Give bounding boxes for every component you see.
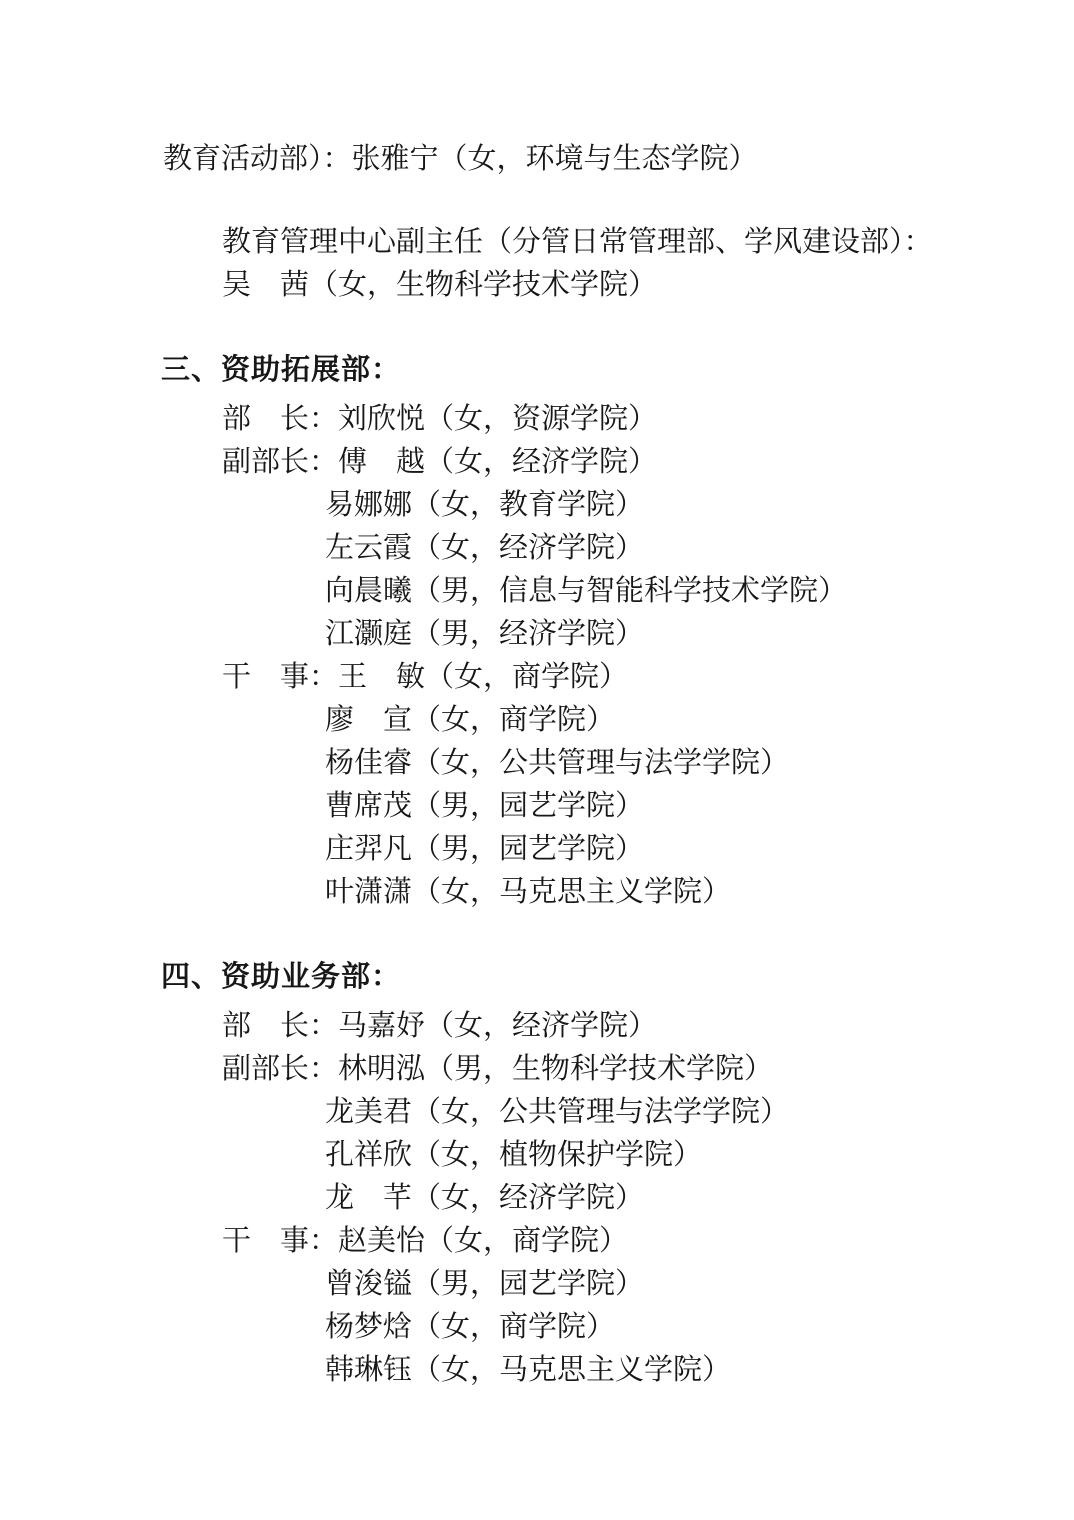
- member-entry: 庄羿凡（男，园艺学院）: [325, 828, 644, 871]
- role-label: [222, 1349, 325, 1392]
- member-row: 杨佳睿（女，公共管理与法学学院）: [0, 742, 1074, 785]
- member-entry: 向晨曦（男，信息与智能科学技术学院）: [325, 570, 847, 613]
- member-entry: 曹席茂（男，园艺学院）: [325, 785, 644, 828]
- member-row: 曾浚镒（男，园艺学院）: [0, 1263, 1074, 1306]
- role-label: 干 事：: [222, 656, 338, 699]
- member-entry: 左云霞（女，经济学院）: [325, 527, 644, 570]
- member-entry: 廖 宣（女，商学院）: [325, 699, 615, 742]
- continuation-line: 教育活动部）：张雅宁（女，环境与生态学院）: [0, 138, 1074, 181]
- member-row: 杨梦焓（女，商学院）: [0, 1306, 1074, 1349]
- member-row: 庄羿凡（男，园艺学院）: [0, 828, 1074, 871]
- member-entry: 杨佳睿（女，公共管理与法学学院）: [325, 742, 789, 785]
- member-entry: 叶潇潇（女，马克思主义学院）: [325, 871, 731, 914]
- member-entry: 龙 芊（女，经济学院）: [325, 1177, 644, 1220]
- member-row: 叶潇潇（女，马克思主义学院）: [0, 871, 1074, 914]
- member-entry: 曾浚镒（男，园艺学院）: [325, 1263, 644, 1306]
- member-entry: 傅 越（女，经济学院）: [338, 441, 657, 484]
- role-label: [222, 570, 325, 613]
- role-label: [222, 1134, 325, 1177]
- role-label: [222, 828, 325, 871]
- member-row: 部 长： 刘欣悦（女，资源学院）: [0, 398, 1074, 441]
- member-entry: 林明泓（男，生物科学技术学院）: [338, 1048, 773, 1091]
- member-row: 副部长： 傅 越（女，经济学院）: [0, 441, 1074, 484]
- role-label: [222, 1091, 325, 1134]
- section-heading: 三、资助拓展部：: [0, 349, 1074, 392]
- member-row: 向晨曦（男，信息与智能科学技术学院）: [0, 570, 1074, 613]
- role-label: 干 事：: [222, 1220, 338, 1263]
- role-label: 副部长：: [222, 441, 338, 484]
- section-heading: 四、资助业务部：: [0, 956, 1074, 999]
- role-label: 副部长：: [222, 1048, 338, 1091]
- member-list: 部 长： 刘欣悦（女，资源学院） 副部长： 傅 越（女，经济学院） 易娜娜（女，…: [0, 398, 1074, 914]
- member-entry: 江灏庭（男，经济学院）: [325, 613, 644, 656]
- member-row: 韩琳钰（女，马克思主义学院）: [0, 1349, 1074, 1392]
- role-label: [222, 527, 325, 570]
- member-row: 廖 宣（女，商学院）: [0, 699, 1074, 742]
- member-row: 干 事： 赵美怡（女，商学院）: [0, 1220, 1074, 1263]
- role-label: [222, 785, 325, 828]
- role-label: [222, 742, 325, 785]
- member-entry: 刘欣悦（女，资源学院）: [338, 398, 657, 441]
- role-label: [222, 1177, 325, 1220]
- member-entry: 马嘉妤（女，经济学院）: [338, 1005, 657, 1048]
- deputy-director-title-line: 教育管理中心副主任（分管日常管理部、学风建设部）：: [0, 221, 1074, 264]
- member-row: 孔祥欣（女，植物保护学院）: [0, 1134, 1074, 1177]
- deputy-director-paragraph: 教育管理中心副主任（分管日常管理部、学风建设部）： 吴 茜（女，生物科学技术学院…: [0, 221, 1074, 307]
- member-row: 易娜娜（女，教育学院）: [0, 484, 1074, 527]
- member-row: 龙美君（女，公共管理与法学学院）: [0, 1091, 1074, 1134]
- role-label: 部 长：: [222, 398, 338, 441]
- role-label: 部 长：: [222, 1005, 338, 1048]
- member-entry: 王 敏（女，商学院）: [338, 656, 628, 699]
- member-row: 副部长： 林明泓（男，生物科学技术学院）: [0, 1048, 1074, 1091]
- member-row: 江灏庭（男，经济学院）: [0, 613, 1074, 656]
- member-entry: 韩琳钰（女，马克思主义学院）: [325, 1349, 731, 1392]
- role-label: [222, 699, 325, 742]
- role-label: [222, 484, 325, 527]
- document-page: 教育活动部）：张雅宁（女，环境与生态学院） 教育管理中心副主任（分管日常管理部、…: [0, 0, 1074, 1520]
- role-label: [222, 1306, 325, 1349]
- section-funding-operations-dept: 四、资助业务部： 部 长： 马嘉妤（女，经济学院） 副部长： 林明泓（男，生物科…: [0, 956, 1074, 1392]
- role-label: [222, 1263, 325, 1306]
- member-row: 龙 芊（女，经济学院）: [0, 1177, 1074, 1220]
- member-row: 左云霞（女，经济学院）: [0, 527, 1074, 570]
- member-entry: 杨梦焓（女，商学院）: [325, 1306, 615, 1349]
- member-entry: 龙美君（女，公共管理与法学学院）: [325, 1091, 789, 1134]
- member-row: 曹席茂（男，园艺学院）: [0, 785, 1074, 828]
- member-entry: 赵美怡（女，商学院）: [338, 1220, 628, 1263]
- member-entry: 孔祥欣（女，植物保护学院）: [325, 1134, 702, 1177]
- role-label: [222, 871, 325, 914]
- member-row: 部 长： 马嘉妤（女，经济学院）: [0, 1005, 1074, 1048]
- member-list: 部 长： 马嘉妤（女，经济学院） 副部长： 林明泓（男，生物科学技术学院） 龙美…: [0, 1005, 1074, 1392]
- role-label: [222, 613, 325, 656]
- member-row: 干 事： 王 敏（女，商学院）: [0, 656, 1074, 699]
- member-entry: 易娜娜（女，教育学院）: [325, 484, 644, 527]
- section-funding-expansion-dept: 三、资助拓展部： 部 长： 刘欣悦（女，资源学院） 副部长： 傅 越（女，经济学…: [0, 349, 1074, 914]
- deputy-director-name-line: 吴 茜（女，生物科学技术学院）: [0, 264, 1074, 307]
